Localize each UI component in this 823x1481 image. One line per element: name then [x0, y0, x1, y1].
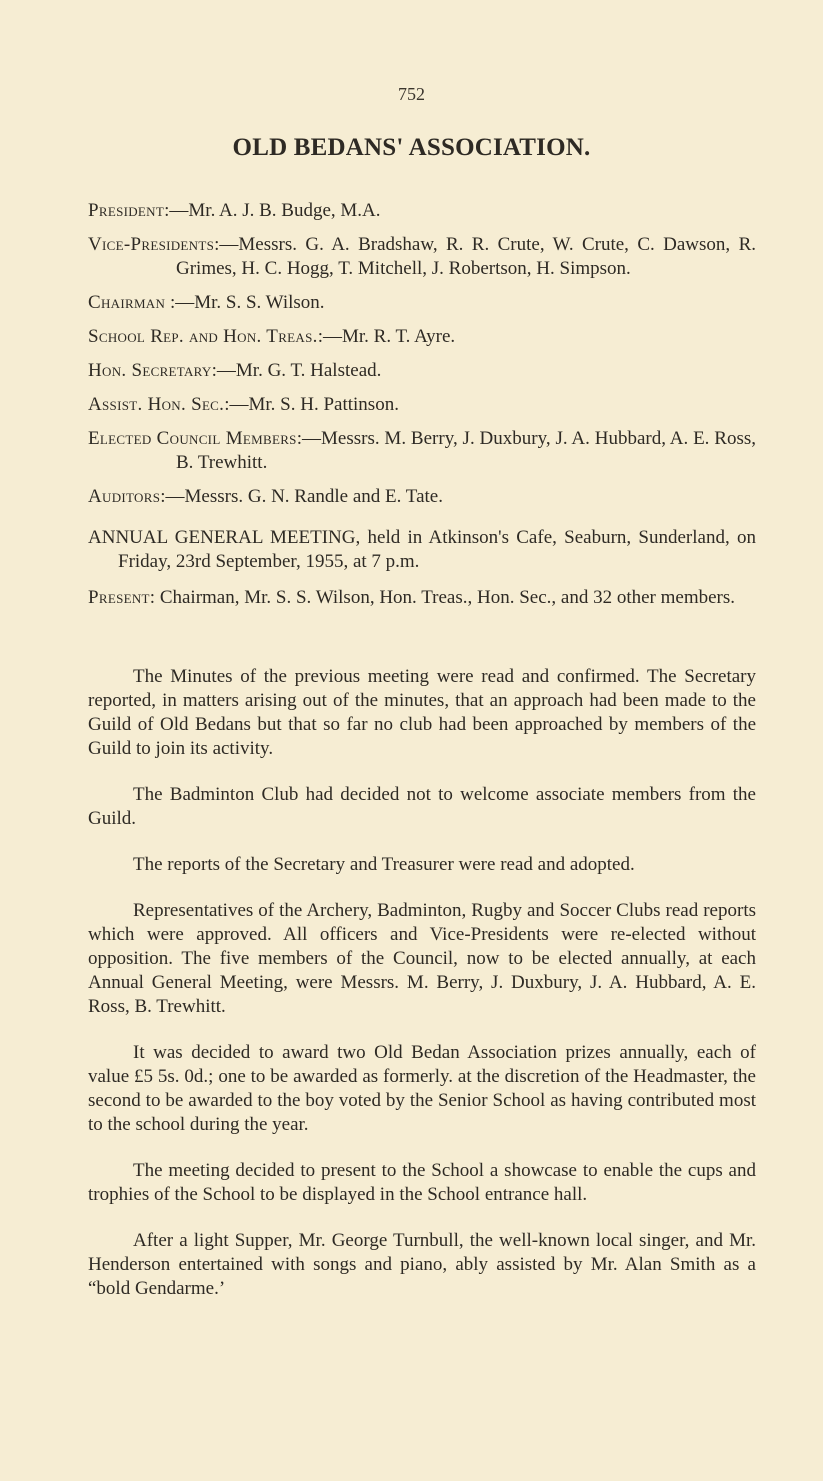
page-number: 752: [0, 84, 823, 105]
officer-entry-hon-secretary: Hon. Secretary:—Mr. G. T. Halstead.: [88, 359, 756, 383]
minutes-body: The Minutes of the previous meeting were…: [88, 665, 756, 1323]
paragraph-showcase: The meeting decided to present to the Sc…: [88, 1159, 756, 1207]
officer-entry-chairman: Chairman :—Mr. S. S. Wilson.: [88, 291, 756, 315]
officer-entry-school-rep: School Rep. and Hon. Treas.:—Mr. R. T. A…: [88, 325, 756, 349]
officer-label: President: [88, 200, 164, 221]
officer-label: Vice-Presidents: [88, 234, 214, 255]
officer-value: Messrs. G. A. Bradshaw, R. R. Crute, W. …: [176, 234, 756, 279]
officer-value: Mr. R. T. Ayre.: [342, 326, 455, 347]
officer-sep: :—: [214, 234, 238, 255]
officer-entry-council-members: Elected Council Members:—Messrs. M. Berr…: [88, 427, 756, 475]
paragraph-representatives: Representatives of the Archery, Badminto…: [88, 899, 756, 1019]
officer-sep: :—: [224, 394, 248, 415]
officer-label: Hon. Secretary: [88, 360, 212, 381]
officer-sep: :—: [160, 486, 184, 507]
officer-label: School Rep. and Hon. Treas.: [88, 326, 318, 347]
officer-label: Chairman: [88, 292, 165, 313]
officer-entry-vice-presidents: Vice-Presidents:—Messrs. G. A. Bradshaw,…: [88, 233, 756, 281]
officer-value: Messrs. G. N. Randle and E. Tate.: [185, 486, 443, 507]
officer-sep: :—: [212, 360, 236, 381]
paragraph-prizes: It was decided to award two Old Bedan As…: [88, 1041, 756, 1137]
officer-entry-assist-hon-sec: Assist. Hon. Sec.:—Mr. S. H. Pattinson.: [88, 393, 756, 417]
paragraph-badminton: The Badminton Club had decided not to we…: [88, 783, 756, 831]
officer-label: Elected Council Members: [88, 428, 297, 449]
page-title: OLD BEDANS' ASSOCIATION.: [0, 134, 823, 162]
paragraph-reports: The reports of the Secretary and Treasur…: [88, 853, 756, 877]
present-entry: Present: Chairman, Mr. S. S. Wilson, Hon…: [88, 586, 756, 610]
officer-value: Mr. S. H. Pattinson.: [249, 394, 399, 415]
officer-sep: :—: [165, 292, 194, 313]
officer-label: Auditors: [88, 486, 160, 507]
officer-value: Mr. A. J. B. Budge, M.A.: [188, 200, 380, 221]
officer-entry-auditors: Auditors:—Messrs. G. N. Randle and E. Ta…: [88, 485, 756, 509]
present-label: Present: [88, 587, 150, 608]
officer-sep: :—: [164, 200, 188, 221]
officers-list: President:—Mr. A. J. B. Budge, M.A. Vice…: [88, 199, 756, 519]
officer-sep: :—: [297, 428, 321, 449]
officer-sep: :—: [318, 326, 342, 347]
meeting-section: ANNUAL GENERAL MEETING, held in Atkinson…: [88, 526, 756, 610]
paragraph-minutes: The Minutes of the previous meeting were…: [88, 665, 756, 761]
paragraph-supper: After a light Supper, Mr. George Turnbul…: [88, 1229, 756, 1301]
officer-value: Mr. G. T. Halstead.: [236, 360, 381, 381]
meeting-heading: ANNUAL GENERAL MEETING, held in Atkinson…: [88, 526, 756, 574]
officer-entry-president: President:—Mr. A. J. B. Budge, M.A.: [88, 199, 756, 223]
officer-value: Mr. S. S. Wilson.: [194, 292, 324, 313]
officer-label: Assist. Hon. Sec.: [88, 394, 224, 415]
present-sep: :: [150, 587, 160, 608]
present-value: Chairman, Mr. S. S. Wilson, Hon. Treas.,…: [160, 587, 735, 608]
